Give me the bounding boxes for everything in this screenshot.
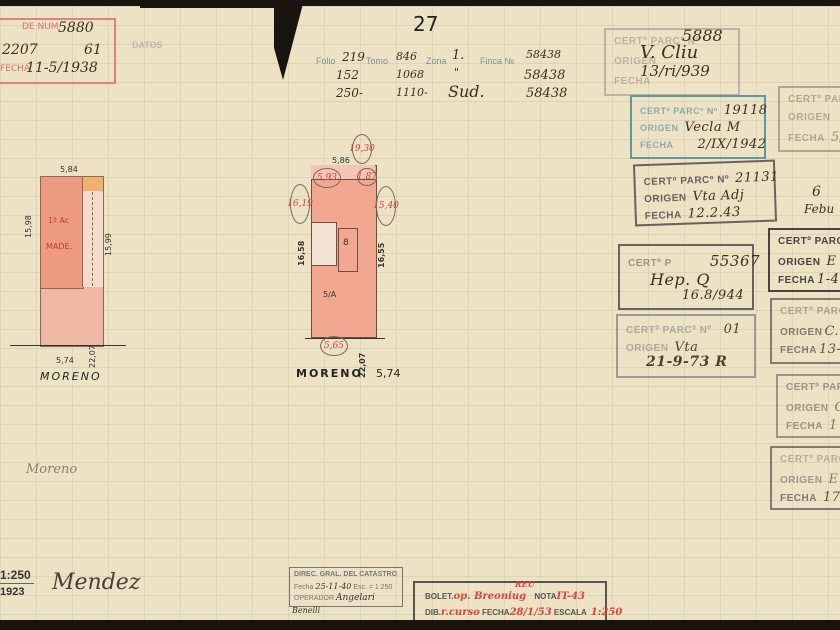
tomo-label: Tomo	[366, 56, 388, 66]
header-stamp-number: 5880	[58, 20, 94, 36]
circled-dim-4: 16,19	[290, 184, 310, 224]
cert-0-origen: V. Cliu	[640, 42, 698, 63]
dib-row: DIB.r.curso FECHA28/1/53 ESCALA1:250	[425, 607, 622, 618]
cert-fecha-label: FECHA2/IX/1942	[640, 137, 767, 152]
cert-origen-label: ORIGENE	[780, 472, 838, 487]
plot-center-street: MORENO	[296, 367, 363, 380]
cert-fecha-label: FECHA17-	[780, 490, 840, 505]
plot-center-area-label: 5/A	[323, 290, 336, 299]
zona-label: Zona	[426, 56, 447, 66]
plot-left-building	[40, 176, 84, 289]
catastro-stamp: DIREC. GRAL. DEL CATASTRO Fecha 25-11-40…	[289, 567, 403, 607]
page-number: 27	[413, 12, 438, 36]
circled-dim-3: 1,87	[357, 168, 377, 186]
cert-fecha-label: 21-9-73 R	[640, 354, 727, 370]
cert-fecha-label: FECHA1-4	[778, 272, 839, 287]
cert-origen-label: ORIGENVta Adj	[644, 188, 745, 206]
bolet-stamp: BOLET.op. Breoniug NOTAIT-43 REU DIB.r.c…	[413, 581, 607, 625]
certificate-stamp: CERTº PARCº Nº01 ORIGENVta 21-9-73 R	[616, 314, 756, 378]
plot-center-top-dim: 5,86	[332, 156, 350, 165]
plot-left-street-line	[10, 345, 126, 346]
partial-note-2: Febu	[804, 202, 834, 216]
left-annotation: Moreno	[26, 462, 77, 477]
certificate-stamp: CERTº PARCº ORIGENE FECHA1-4	[768, 228, 840, 292]
certificate-stamp: CERTº PARC ORIGENE FECHA17-	[770, 446, 840, 510]
cert-0-fecha: 13/ri/939	[640, 62, 710, 80]
header-stamp: DE NUM 5880 2207 61 FECHA 11-5/1938	[0, 18, 116, 84]
bolet-nota-note: REU	[515, 579, 535, 589]
cert-no-label: CERTº P55367	[628, 252, 760, 270]
certificate-stamp: CERTº PARCº ORIGENC. FECHA13-	[770, 298, 840, 364]
cert-origen-label: ORIGENE	[778, 254, 836, 269]
cert-origen-label: ORIGENVta	[626, 340, 698, 355]
catastro-fecha-row: Fecha 25-11-40 Esc. = 1:250	[294, 582, 392, 591]
plot-center-right-dim: 16,55	[377, 243, 386, 268]
cert-fecha-label: FECHA1	[786, 418, 838, 433]
plot-left-right-dim: 15,99	[104, 233, 113, 256]
cert-no-label: CERTº PARC	[786, 382, 840, 393]
bolet-row: BOLET.op. Breoniug NOTAIT-43	[425, 591, 585, 602]
cert-fecha-label: FECHA12.2.43	[644, 205, 741, 223]
signature: Mendez	[52, 570, 140, 595]
catastro-signature: Benelli	[292, 606, 320, 615]
plot-left-corner-dim: 22,07	[88, 345, 97, 368]
plot-center-inner-label: 8	[343, 238, 349, 248]
cert-no-label: CERTº PARCº	[788, 94, 840, 105]
registry-zona-0: 1.	[452, 48, 464, 63]
cadastral-sheet: DE NUM 5880 2207 61 FECHA 11-5/1938 DATO…	[0, 6, 840, 620]
circled-dim-6: 5,65	[320, 336, 348, 356]
cert-origen-label: ORIGENVecla M	[640, 120, 741, 135]
registry-folio-1: 152	[336, 68, 359, 82]
cert-no-label: CERTº PARC	[780, 454, 840, 465]
cert-origen-label: ORIGENC.	[780, 324, 839, 339]
plot-left-dashed-line	[92, 192, 93, 286]
circled-dim-2: 5,93	[313, 168, 341, 188]
certificate-stamp: CERTº PARC ORIGENC FECHA1	[776, 374, 840, 438]
plot-left-label2: MADE.	[46, 242, 72, 251]
registry-folio-2: 250-	[336, 86, 363, 100]
folio-label: Folio	[316, 56, 336, 66]
certificate-stamp: CERTº PARCº Nº19118 ORIGENVecla M FECHA2…	[630, 95, 766, 159]
registry-tomo-0: 846	[396, 50, 417, 63]
year-label: 1923	[0, 586, 24, 598]
scan-border-bottom	[0, 620, 840, 630]
registry-finca-2: 58438	[526, 86, 567, 101]
registry-labels: Folio Tomo Zona Finca №	[316, 56, 336, 66]
plot-center-room-8	[338, 228, 358, 272]
partial-note-1: 6	[812, 184, 821, 200]
circled-dim-1: 19,30	[352, 134, 372, 164]
registry-zona-1: "	[454, 66, 459, 79]
plot-left-label1: 1ª Ac	[48, 216, 69, 225]
cert-no-label: CERTº PARCº Nº19118	[640, 103, 768, 118]
plot-center-street-dim: 5,74	[376, 367, 401, 380]
plot-left-top-dim: 5,84	[60, 165, 78, 174]
plot-center-left-dim: 16,58	[297, 241, 306, 266]
cert-no-label: CERTº PARCº	[780, 306, 840, 317]
faded-header-text: DATOS	[132, 40, 163, 50]
plot-center-patio	[311, 222, 337, 266]
cert-origen-label: ORIGEN	[788, 112, 830, 123]
registry-folio-0: 219	[342, 50, 365, 64]
plot-left-street: MORENO	[40, 370, 102, 383]
finca-label: Finca №	[480, 56, 514, 66]
cert-origen-label: ORIGENC	[786, 400, 840, 415]
registry-finca-0: 58438	[526, 48, 561, 61]
cert-fecha-label: FECHA13-	[780, 342, 840, 357]
torn-edge	[140, 0, 280, 8]
cert-origen-label: Hep. Q	[644, 270, 710, 289]
scale-underline	[0, 583, 34, 584]
catastro-title: DIREC. GRAL. DEL CATASTRO	[294, 571, 397, 578]
cert-no-label: CERTº PARCº	[778, 236, 840, 247]
cert-no-label: CERTº PARCº Nº01	[626, 322, 741, 337]
header-stamp-label: DE NUM	[22, 22, 59, 32]
plot-left-left-dim: 15,98	[24, 215, 33, 238]
catastro-operador-row: OPERADOR Angelari	[294, 593, 375, 603]
header-stamp-line2-right: 61	[84, 42, 102, 58]
registry-zona-2: Sud.	[448, 82, 485, 101]
header-stamp-fecha: 11-5/1938	[26, 60, 98, 76]
scale-label: 1:250	[0, 568, 31, 582]
certificate-stamp: CERTº PARCº ORIGEN FECHA5/	[778, 86, 840, 152]
circled-dim-5: 15,40	[376, 186, 396, 226]
certificate-stamp: CERTº P55367 Hep. Q 16.8/944	[618, 244, 754, 310]
registry-tomo-1: 1068	[396, 68, 424, 81]
plot-left-bottom-dim: 5,74	[56, 356, 74, 365]
registry-tomo-2: 1110-	[396, 86, 428, 99]
cert-fecha-label: 16.8/944	[676, 288, 744, 303]
cert-no-label: CERTº PARCº Nº21131	[643, 169, 779, 189]
cert-fecha-label: FECHA5/	[788, 130, 840, 145]
registry-finca-1: 58438	[524, 68, 565, 83]
certificate-stamp: CERTº PARCº Nº21131 ORIGENVta Adj FECHA1…	[633, 160, 777, 227]
header-stamp-line2-left: 2207	[2, 42, 38, 58]
